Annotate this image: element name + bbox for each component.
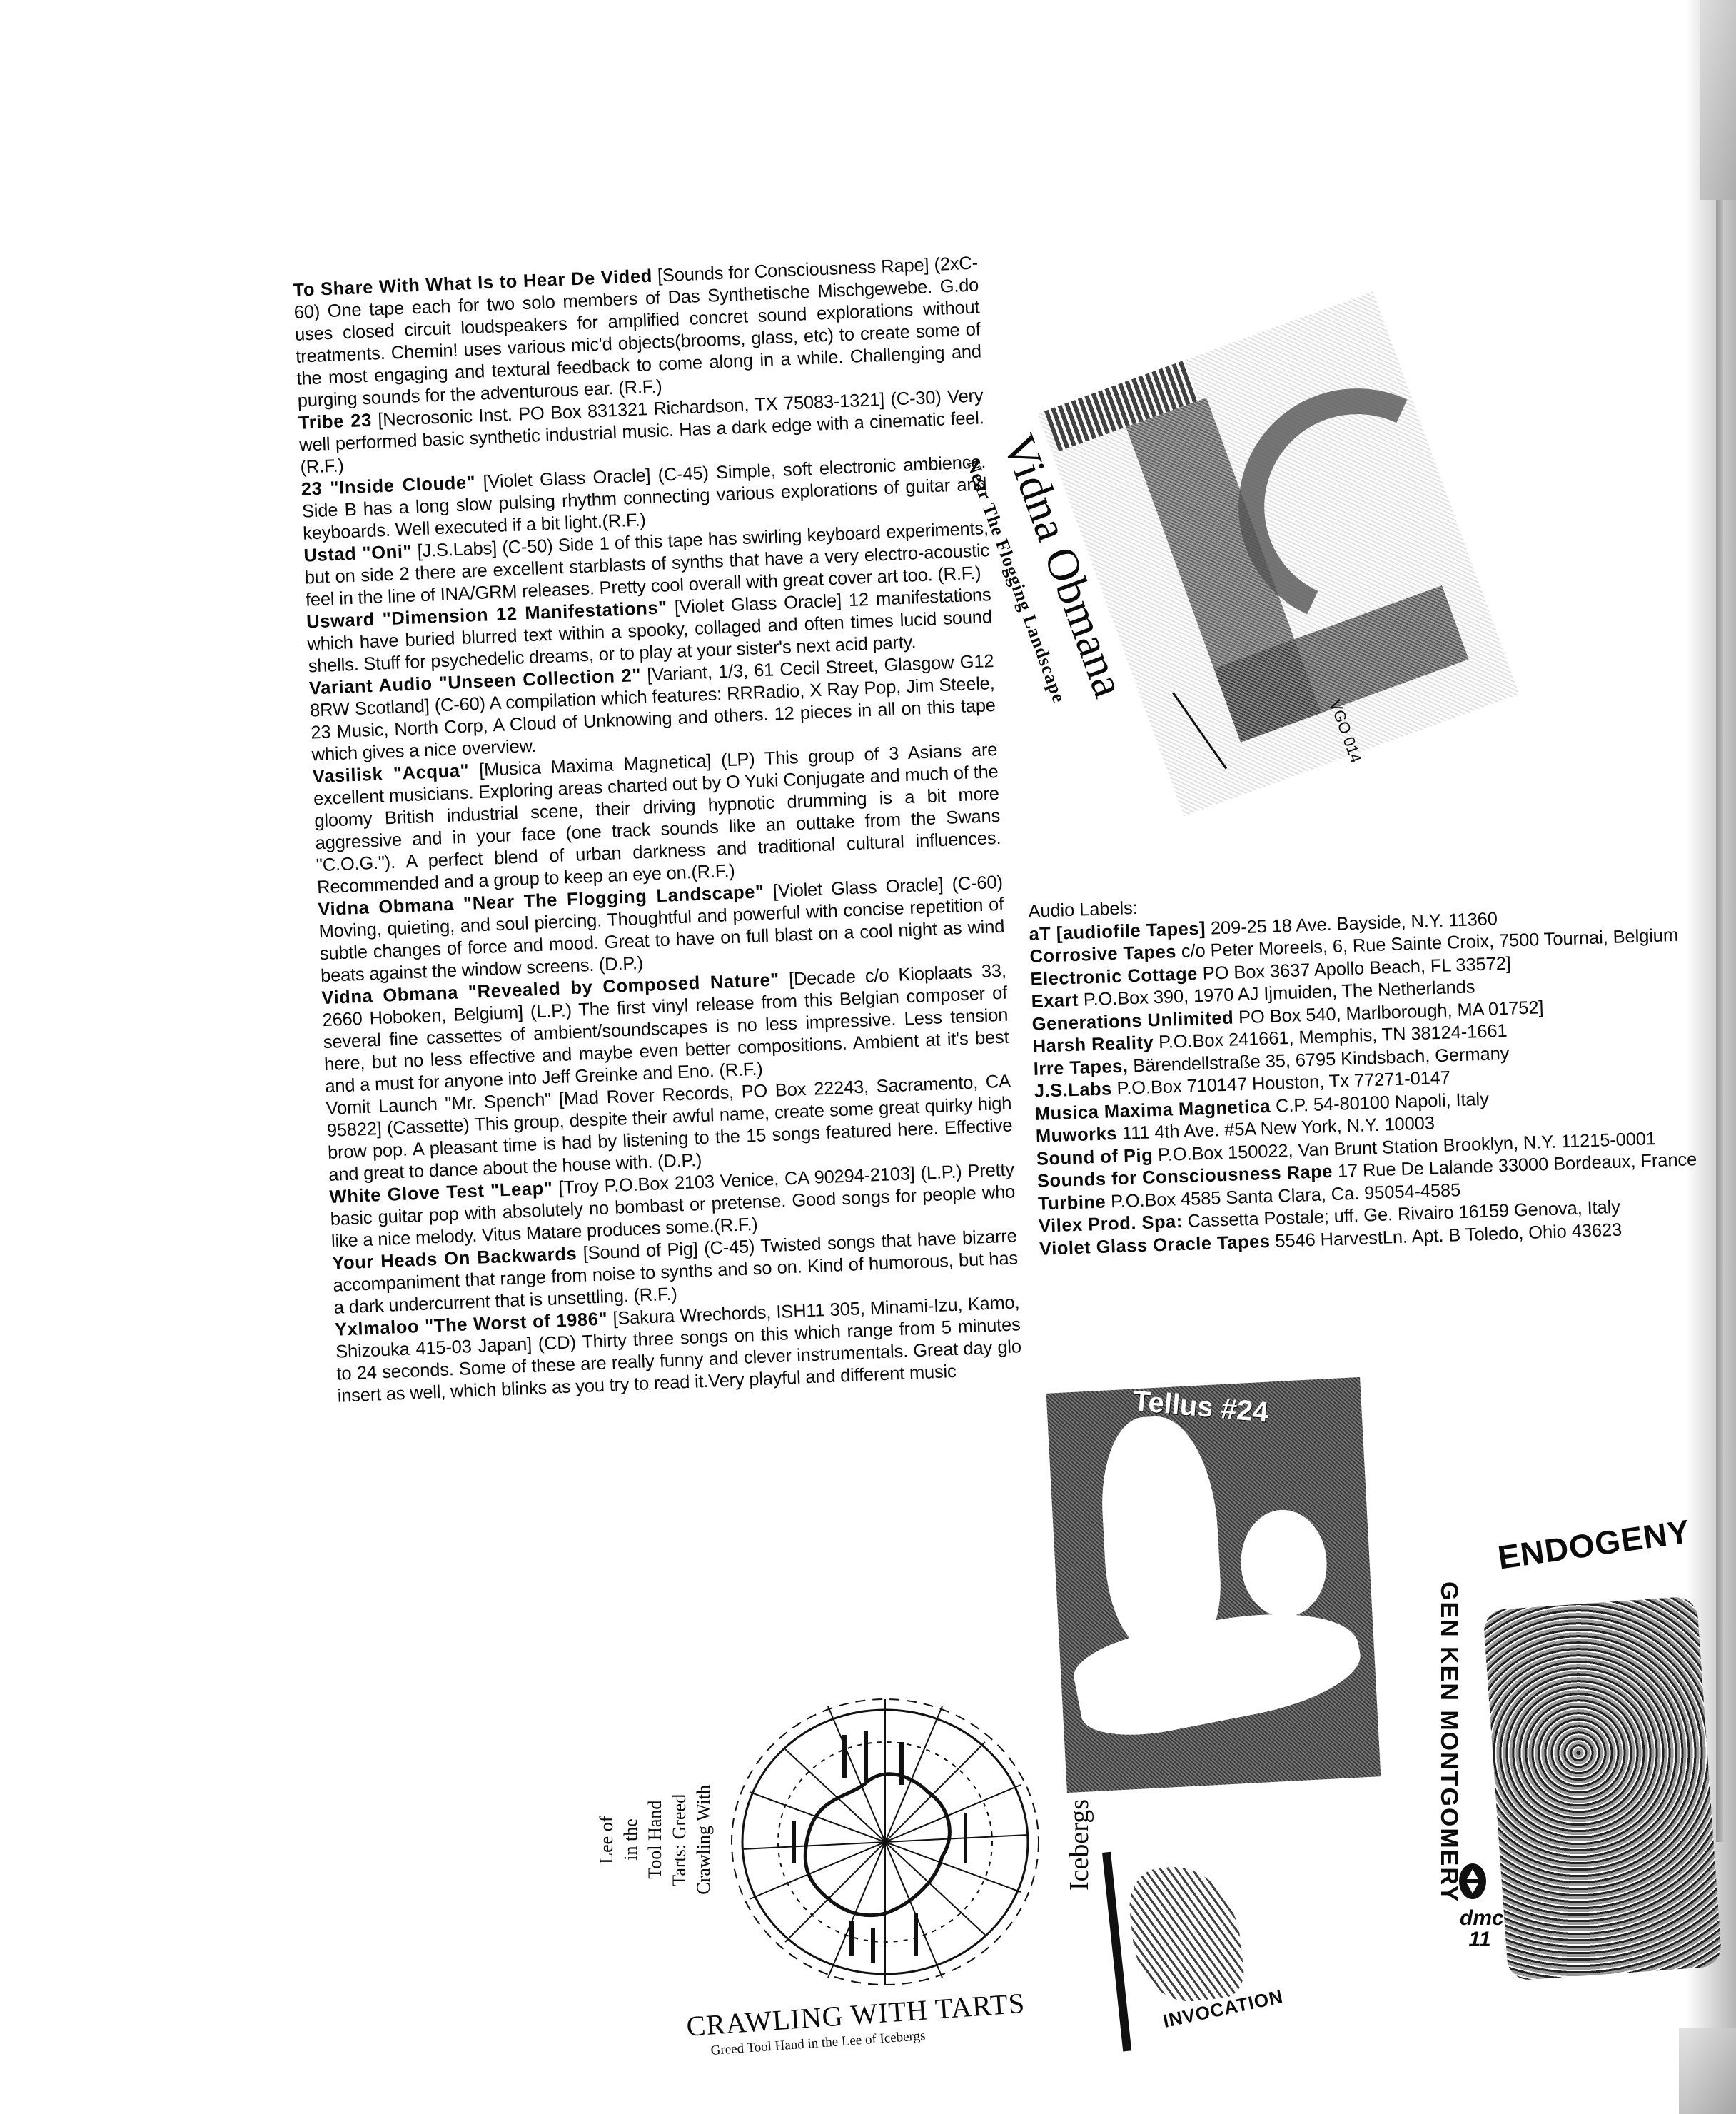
- dmc-label: dmc 11: [1460, 1908, 1500, 1951]
- page-edge-top: [1700, 0, 1736, 200]
- audio-labels-list: Audio Labels: aT [audiofile Tapes] 209-2…: [1028, 877, 1736, 1261]
- vidna-obmana-cover-image: Vidna Obmana Near The Flogging Landscape…: [967, 262, 1531, 851]
- label-name: Electronic Cottage: [1030, 964, 1198, 990]
- invocation-artwork: [1126, 1861, 1246, 2007]
- gen-ken-montgomery-text: GEN KEN MONTGOMERY: [1435, 1581, 1463, 1903]
- icebergs-vertical-text: Icebergs: [1064, 1799, 1095, 1891]
- crawling-side-text: Crawling WithTarts: GreedTool Handin the…: [596, 1785, 710, 1895]
- dmc-label-number: 11: [1460, 1929, 1500, 1951]
- label-name: J.S.Labs: [1034, 1079, 1112, 1102]
- endogeny-cover-image: [1483, 1596, 1722, 1981]
- crawling-side-line: in the: [620, 1785, 642, 1895]
- label-name: Muworks: [1035, 1124, 1117, 1147]
- tellus-cover-image: Tellus #24: [1046, 1377, 1381, 1793]
- crawling-side-line: Crawling With: [693, 1785, 715, 1895]
- dmc-label-name: dmc: [1460, 1908, 1500, 1929]
- label-name: Sound of Pig: [1036, 1145, 1154, 1169]
- crawling-side-line: Tool Hand: [645, 1785, 666, 1895]
- label-name: Exart: [1031, 990, 1079, 1012]
- review-title: Tribe 23: [298, 411, 373, 433]
- invocation-image: INVOCATION: [1092, 1810, 1256, 2038]
- invocation-pole: [1102, 1852, 1131, 2052]
- cover-figure: [1098, 1414, 1224, 1655]
- reviews-column: To Share With What Is to Hear De Vided […: [293, 252, 1023, 1407]
- cover-figure: [1069, 1594, 1368, 1747]
- antarctic-map-image: [728, 1692, 1042, 1992]
- crawling-side-line: Tarts: Greed: [669, 1785, 690, 1895]
- page-edge-bottom: [1679, 2028, 1736, 2114]
- label-name: Vilex Prod. Spa:: [1039, 1212, 1184, 1237]
- label-name: Turbine: [1038, 1192, 1106, 1214]
- polar-map-icon: [728, 1692, 1042, 1992]
- label-name: Harsh Reality: [1032, 1032, 1154, 1057]
- review-title: Vasilisk "Acqua": [312, 761, 469, 787]
- review-title: Ustad "Oni": [303, 542, 413, 566]
- dmc-logo-icon: [1459, 1863, 1486, 1899]
- endogeny-title: ENDOGENY: [1495, 1511, 1692, 1576]
- crawling-side-line: Lee of: [596, 1785, 617, 1895]
- cover-figure: [1238, 1508, 1330, 1619]
- label-name: Corrosive Tapes: [1029, 942, 1176, 967]
- label-name: Irre Tapes,: [1033, 1056, 1128, 1079]
